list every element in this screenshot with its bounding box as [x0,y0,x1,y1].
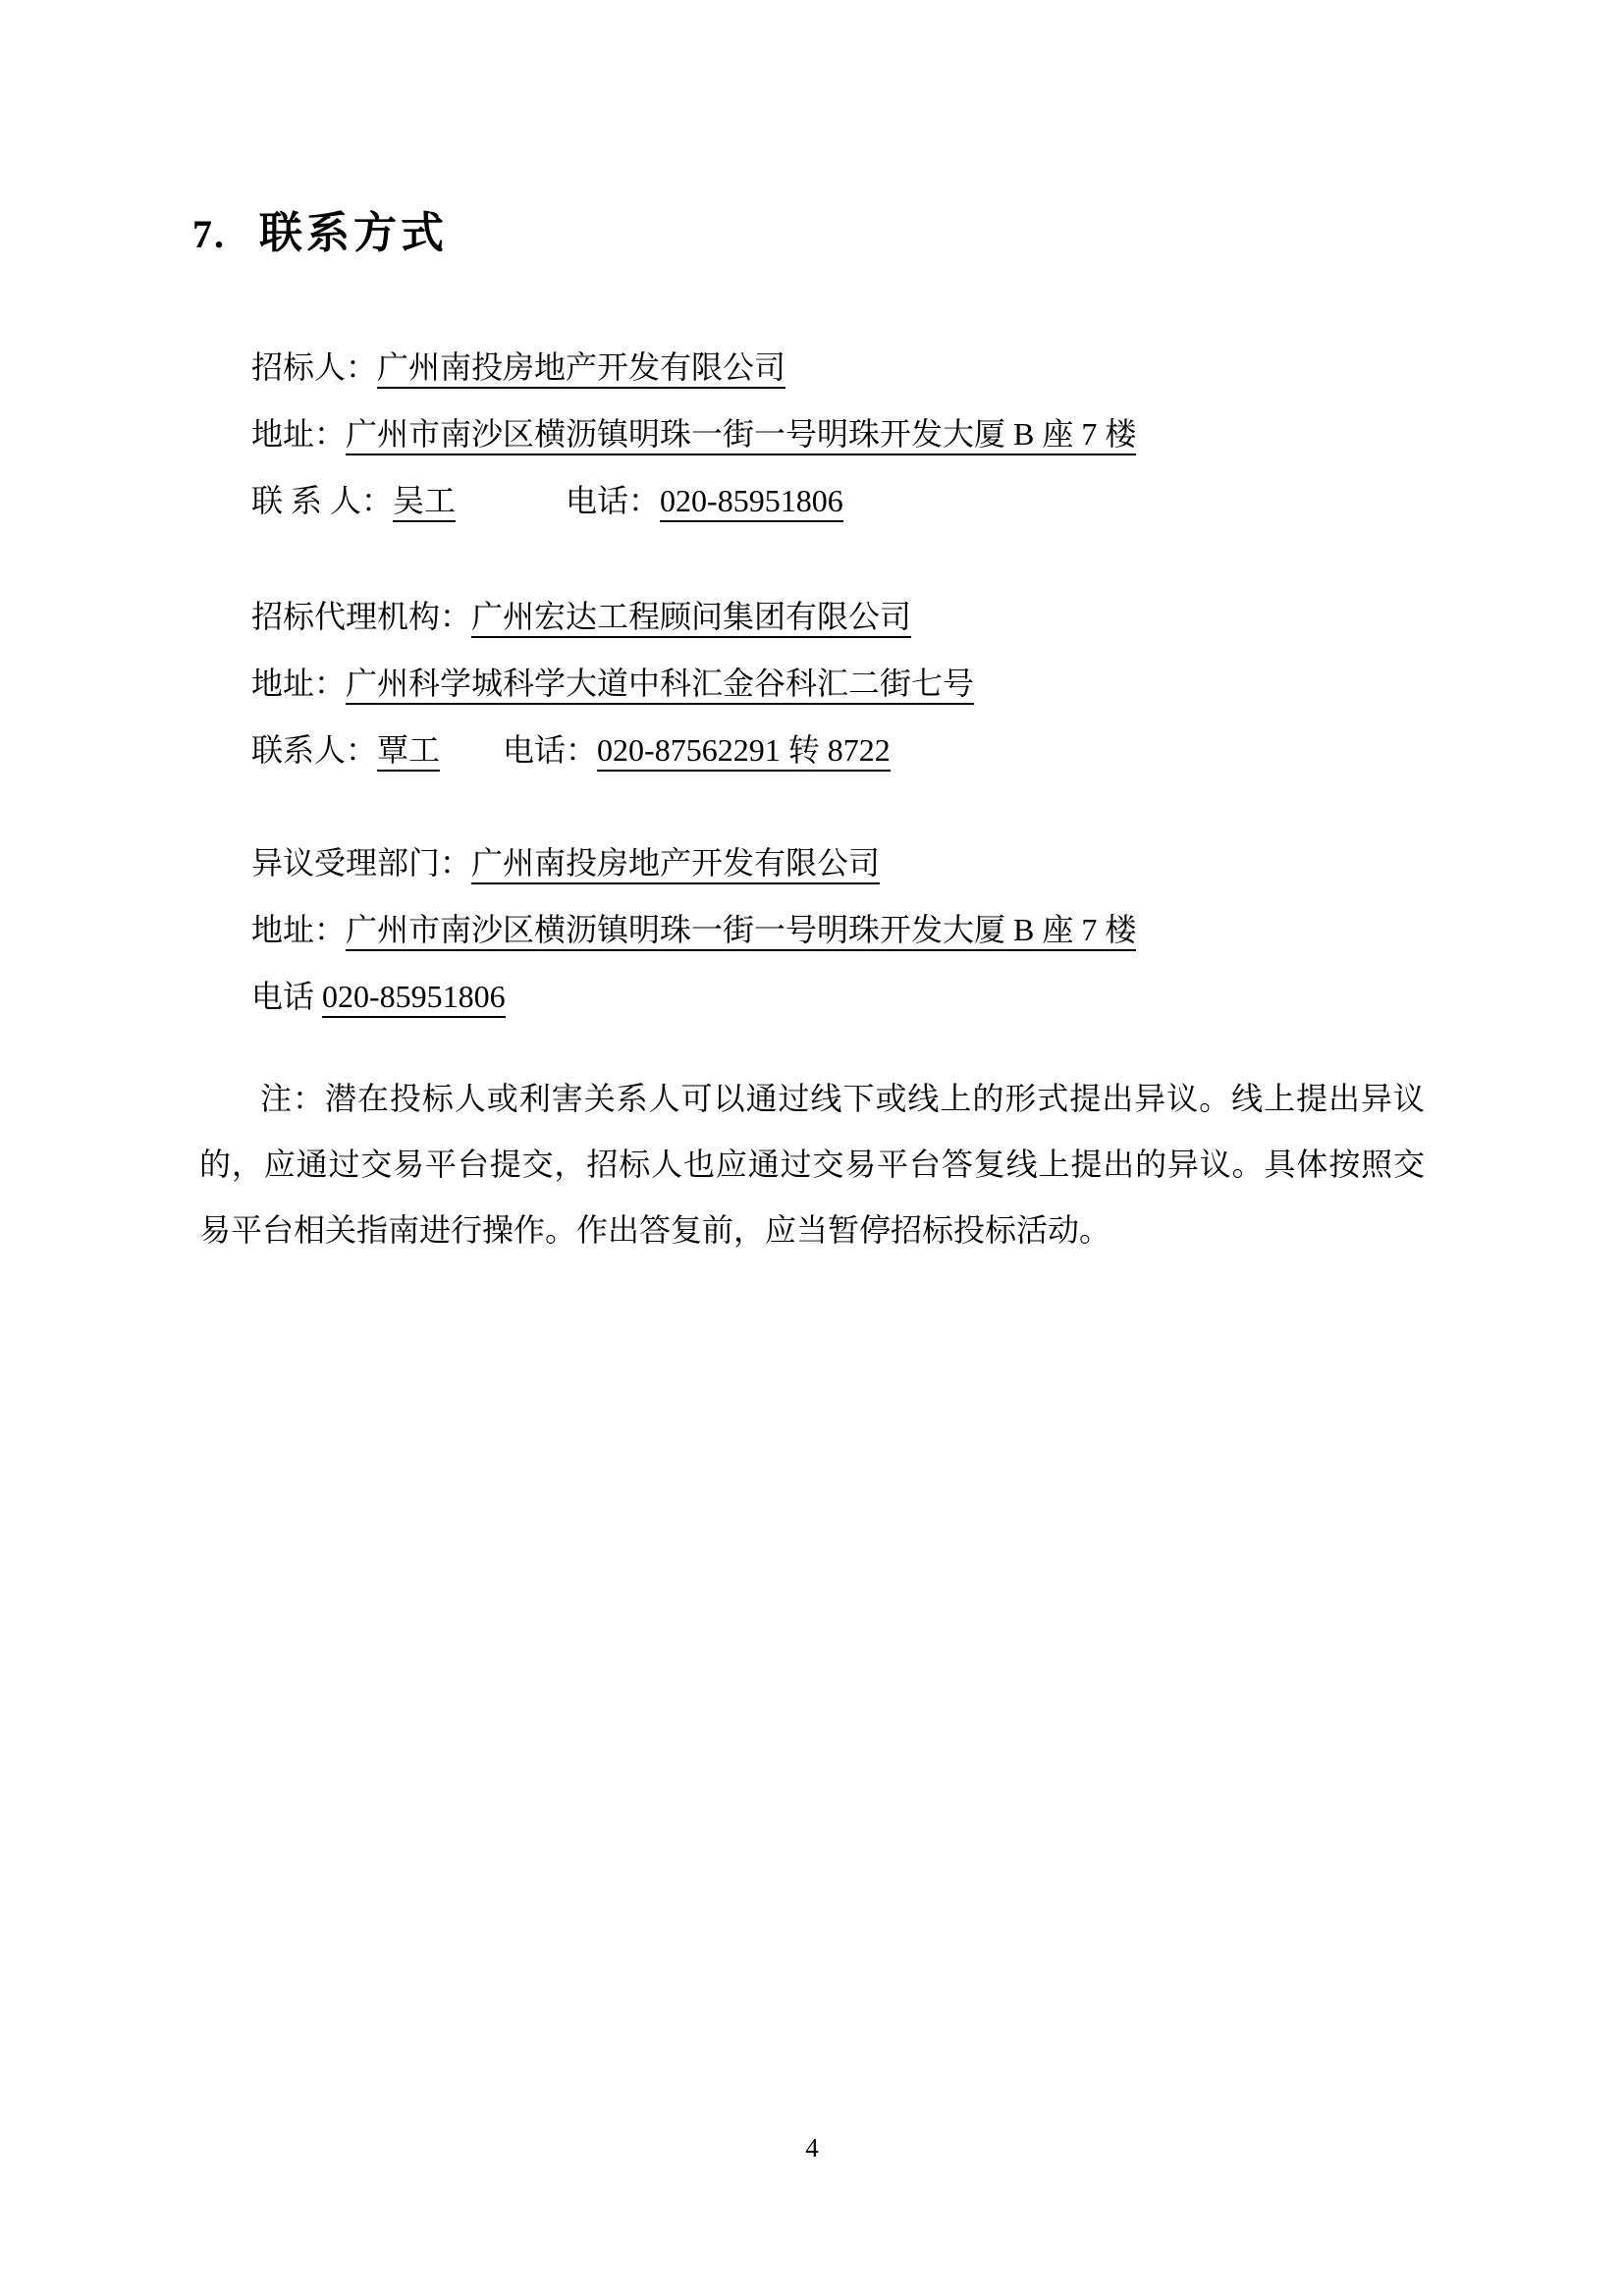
objection-address-line: 地址：广州市南沙区横沥镇明珠一街一号明珠开发大厦 B 座 7 楼 [251,896,1136,963]
objection-dept-label: 异议受理部门： [251,845,471,881]
note-paragraph: 注：潜在投标人或利害关系人可以通过线下或线上的形式提出异议。线上提出异议 的，应… [199,1066,1425,1263]
bidder-address-line: 地址：广州市南沙区横沥镇明珠一街一号明珠开发大厦 B 座 7 楼 [251,400,1136,467]
objection-address: 广州市南沙区横沥镇明珠一街一号明珠开发大厦 B 座 7 楼 [346,912,1136,951]
bidder-phone-label: 电话： [566,483,660,518]
note-line-1: 注：潜在投标人或利害关系人可以通过线下或线上的形式提出异议。线上提出异议 [199,1066,1425,1132]
note-line-2: 的，应通过交易平台提交，招标人也应通过交易平台答复线上提出的异议。具体按照交 [199,1132,1425,1198]
agency-name: 广州宏达工程顾问集团有限公司 [471,599,911,638]
agency-address-label: 地址： [251,666,346,701]
agency-contact-name: 覃工 [377,732,440,772]
objection-dept-line: 异议受理部门：广州南投房地产开发有限公司 [251,829,1136,896]
agency-contact-label: 联系人： [251,732,377,768]
section-heading: 7.联系方式 [192,210,448,257]
objection-phone-line: 电话 020-85951806 [251,963,1136,1030]
section-number: 7. [192,212,226,256]
agency-label: 招标代理机构： [251,599,471,634]
agency-address: 广州科学城科学大道中科汇金谷科汇二街七号 [346,666,974,705]
objection-dept-name: 广州南投房地产开发有限公司 [471,845,880,884]
document-page: 7.联系方式 招标人：广州南投房地产开发有限公司 地址：广州市南沙区横沥镇明珠一… [0,0,1624,2296]
objection-phone-label: 电话 [251,979,322,1014]
objection-contact-block: 异议受理部门：广州南投房地产开发有限公司 地址：广州市南沙区横沥镇明珠一街一号明… [251,829,1136,1030]
bidder-name: 广州南投房地产开发有限公司 [377,349,785,389]
agency-address-line: 地址：广州科学城科学大道中科汇金谷科汇二街七号 [251,650,974,717]
objection-phone: 020-85951806 [322,979,506,1018]
agency-contact-block: 招标代理机构：广州宏达工程顾问集团有限公司 地址：广州科学城科学大道中科汇金谷科… [251,583,974,783]
bidder-phone: 020-85951806 [660,483,843,522]
bidder-contact-label: 联 系 人： [251,483,393,518]
agency-name-line: 招标代理机构：广州宏达工程顾问集团有限公司 [251,583,974,650]
objection-address-label: 地址： [251,912,346,947]
agency-phone-label: 电话： [503,732,597,768]
bidder-name-line: 招标人：广州南投房地产开发有限公司 [251,334,1136,400]
section-title: 联系方式 [259,209,448,257]
bidder-address-label: 地址： [251,416,346,452]
page-number: 4 [0,2132,1624,2163]
agency-phone: 020-87562291 转 8722 [597,732,891,772]
bidder-contact-line: 联 系 人：吴工电话：020-85951806 [251,467,1136,534]
bidder-contact-block: 招标人：广州南投房地产开发有限公司 地址：广州市南沙区横沥镇明珠一街一号明珠开发… [251,334,1136,534]
bidder-label: 招标人： [251,349,377,385]
bidder-address: 广州市南沙区横沥镇明珠一街一号明珠开发大厦 B 座 7 楼 [346,416,1136,455]
note-line-3: 易平台相关指南进行操作。作出答复前，应当暂停招标投标活动。 [199,1198,1425,1263]
bidder-contact-name: 吴工 [393,483,456,522]
agency-contact-line: 联系人：覃工电话：020-87562291 转 8722 [251,717,974,783]
